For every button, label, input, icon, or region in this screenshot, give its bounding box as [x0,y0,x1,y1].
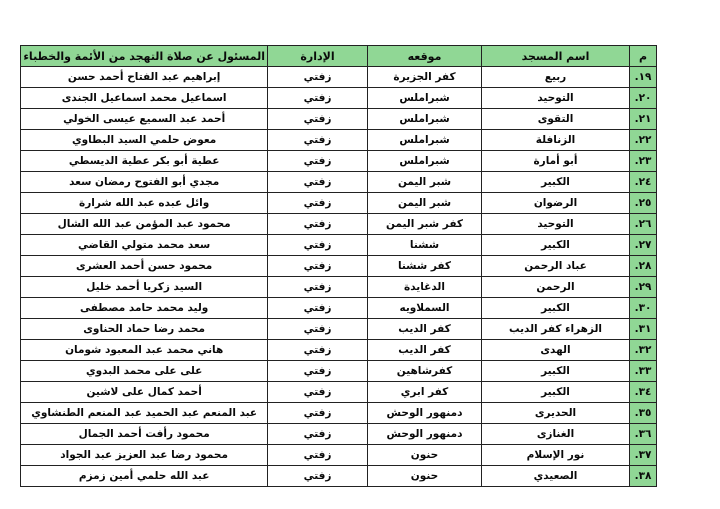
cell-responsible-imam: محمود رأفت أحمد الجمال [21,424,268,445]
cell-administration: زفتي [268,298,368,319]
page: { "table": { "headers": { "num": "م", "m… [0,0,720,509]
table-row: ٢٩.الرحمنالدغايدةزفتيالسيد زكريا أحمد خل… [21,277,657,298]
cell-responsible-imam: وليد محمد حامد مصطفى [21,298,268,319]
cell-responsible-imam: عطية أبو بكر عطية الديسطي [21,151,268,172]
cell-number: ٢٦. [630,214,657,235]
cell-mosque-name: الهدى [482,340,630,361]
cell-number: ٣١. [630,319,657,340]
table-row: ٣٢.الهدىكفر الديبزفتيهاني محمد عبد المعب… [21,340,657,361]
cell-mosque-name: أبو أمارة [482,151,630,172]
cell-mosque-name: الغنازى [482,424,630,445]
header-location: موقعه [368,46,482,67]
cell-mosque-name: التوحيد [482,214,630,235]
document-sheet: م اسم المسجد موقعه الإدارة المسئول عن صل… [20,45,657,487]
cell-location: السملاويه [368,298,482,319]
table-row: ٣٦.الغنازىدمنهور الوحشزفتيمحمود رأفت أحم… [21,424,657,445]
cell-responsible-imam: محمود حسن أحمد العشرى [21,256,268,277]
cell-administration: زفتي [268,340,368,361]
cell-administration: زفتي [268,361,368,382]
cell-location: الدغايدة [368,277,482,298]
cell-number: ٢١. [630,109,657,130]
cell-location: كفر الديب [368,340,482,361]
table-row: ٣٨.الصعيديحنونزفتيعبد الله حلمي أمين زمز… [21,466,657,487]
cell-number: ٢٨. [630,256,657,277]
cell-number: ٣٢. [630,340,657,361]
cell-administration: زفتي [268,382,368,403]
header-mosque-name: اسم المسجد [482,46,630,67]
cell-number: ٢٤. [630,172,657,193]
cell-number: ٢٩. [630,277,657,298]
header-administration: الإدارة [268,46,368,67]
header-responsible-imam: المسئول عن صلاة التهجد من الأئمة والخطبا… [21,46,268,67]
cell-responsible-imam: معوض حلمي السيد البطاوي [21,130,268,151]
cell-mosque-name: عباد الرحمن [482,256,630,277]
cell-location: شبراملس [368,130,482,151]
cell-mosque-name: الرضوان [482,193,630,214]
header-number: م [630,46,657,67]
cell-mosque-name: الرحمن [482,277,630,298]
table-row: ٣٧.نور الإسلامحنونزفتيمحمود رضا عبد العز… [21,445,657,466]
cell-responsible-imam: وائل عبده عبد الله شرارة [21,193,268,214]
cell-administration: زفتي [268,88,368,109]
cell-mosque-name: الكبير [482,361,630,382]
cell-location: دمنهور الوحش [368,403,482,424]
cell-responsible-imam: على على محمد البدوي [21,361,268,382]
cell-mosque-name: الزنافلة [482,130,630,151]
cell-administration: زفتي [268,256,368,277]
cell-administration: زفتي [268,466,368,487]
cell-mosque-name: التقوى [482,109,630,130]
cell-number: ٢٣. [630,151,657,172]
cell-administration: زفتي [268,67,368,88]
cell-responsible-imam: اسماعيل محمد اسماعيل الجندى [21,88,268,109]
cell-responsible-imam: محمد رضا حماد الحناوى [21,319,268,340]
cell-number: ٢٧. [630,235,657,256]
table-body: ١٩.ربيعكفر الجزيرةزفتيإبراهيم عبد الفتاح… [21,67,657,487]
table-row: ٢٦.التوحيدكفر شبر اليمنزفتيمحمود عبد الم… [21,214,657,235]
cell-administration: زفتي [268,151,368,172]
cell-responsible-imam: عبد المنعم عبد الحميد عبد المنعم الطنشاو… [21,403,268,424]
cell-location: كفر شبر اليمن [368,214,482,235]
cell-number: ٣٦. [630,424,657,445]
cell-location: شبراملس [368,109,482,130]
cell-administration: زفتي [268,277,368,298]
cell-location: كفر ششنا [368,256,482,277]
table-row: ٣٣.الكبيركفرشاهينزفتيعلى على محمد البدوي [21,361,657,382]
cell-location: شبراملس [368,151,482,172]
cell-location: حنون [368,445,482,466]
cell-mosque-name: الكبير [482,298,630,319]
cell-location: كفر الديب [368,319,482,340]
cell-mosque-name: الكبير [482,172,630,193]
cell-location: كفرشاهين [368,361,482,382]
cell-number: ٢٥. [630,193,657,214]
cell-responsible-imam: محمود عبد المؤمن عبد الله الشال [21,214,268,235]
cell-mosque-name: نور الإسلام [482,445,630,466]
cell-location: كفر الجزيرة [368,67,482,88]
cell-responsible-imam: إبراهيم عبد الفتاح أحمد حسن [21,67,268,88]
table-row: ٢٢.الزنافلةشبراملسزفتيمعوض حلمي السيد ال… [21,130,657,151]
cell-mosque-name: ربيع [482,67,630,88]
cell-administration: زفتي [268,193,368,214]
cell-number: ٣٥. [630,403,657,424]
cell-number: ٣٨. [630,466,657,487]
cell-number: ٣٤. [630,382,657,403]
cell-administration: زفتي [268,445,368,466]
cell-responsible-imam: السيد زكريا أحمد خليل [21,277,268,298]
cell-mosque-name: الكبير [482,235,630,256]
cell-location: حنون [368,466,482,487]
table-row: ٢٣.أبو أمارةشبراملسزفتيعطية أبو بكر عطية… [21,151,657,172]
cell-responsible-imam: عبد الله حلمي أمين زمزم [21,466,268,487]
table-row: ٣٠.الكبيرالسملاويهزفتيوليد محمد حامد مصط… [21,298,657,319]
cell-responsible-imam: محمود رضا عبد العزيز عبد الجواد [21,445,268,466]
cell-mosque-name: الزهراء كفر الديب [482,319,630,340]
cell-location: ششنا [368,235,482,256]
cell-mosque-name: التوحيد [482,88,630,109]
cell-location: شبر اليمن [368,193,482,214]
cell-mosque-name: الكبير [482,382,630,403]
table-row: ٢٠.التوحيدشبراملسزفتياسماعيل محمد اسماعي… [21,88,657,109]
cell-location: دمنهور الوحش [368,424,482,445]
cell-number: ١٩. [630,67,657,88]
cell-responsible-imam: أحمد كمال على لاشين [21,382,268,403]
cell-location: شبر اليمن [368,172,482,193]
cell-number: ٢٢. [630,130,657,151]
table-row: ١٩.ربيعكفر الجزيرةزفتيإبراهيم عبد الفتاح… [21,67,657,88]
cell-mosque-name: الحديرى [482,403,630,424]
cell-mosque-name: الصعيدي [482,466,630,487]
table-row: ٢٥.الرضوانشبر اليمنزفتيوائل عبده عبد الل… [21,193,657,214]
table-row: ٢٧.الكبيرششنازفتيسعد محمد متولي القاضي [21,235,657,256]
cell-administration: زفتي [268,130,368,151]
cell-administration: زفتي [268,403,368,424]
cell-location: كفر ابري [368,382,482,403]
cell-number: ٣٧. [630,445,657,466]
cell-number: ٣٣. [630,361,657,382]
cell-administration: زفتي [268,109,368,130]
cell-administration: زفتي [268,235,368,256]
table-header-row: م اسم المسجد موقعه الإدارة المسئول عن صل… [21,46,657,67]
cell-number: ٢٠. [630,88,657,109]
cell-responsible-imam: سعد محمد متولي القاضي [21,235,268,256]
table-row: ٣٤.الكبيركفر ابريزفتيأحمد كمال على لاشين [21,382,657,403]
cell-administration: زفتي [268,319,368,340]
table-row: ٢١.التقوىشبراملسزفتيأحمد عبد السميع عيسى… [21,109,657,130]
cell-administration: زفتي [268,214,368,235]
cell-location: شبراملس [368,88,482,109]
cell-administration: زفتي [268,424,368,445]
cell-administration: زفتي [268,172,368,193]
table-row: ٢٤.الكبيرشبر اليمنزفتيمجدي أبو الفتوح رم… [21,172,657,193]
table-row: ٣٥.الحديرىدمنهور الوحشزفتيعبد المنعم عبد… [21,403,657,424]
cell-responsible-imam: هاني محمد عبد المعبود شومان [21,340,268,361]
table-row: ٣١.الزهراء كفر الديبكفر الديبزفتيمحمد رض… [21,319,657,340]
cell-responsible-imam: أحمد عبد السميع عيسى الخولي [21,109,268,130]
mosque-schedule-table: م اسم المسجد موقعه الإدارة المسئول عن صل… [20,45,657,487]
cell-responsible-imam: مجدي أبو الفتوح رمضان سعد [21,172,268,193]
table-row: ٢٨.عباد الرحمنكفر ششنازفتيمحمود حسن أحمد… [21,256,657,277]
cell-number: ٣٠. [630,298,657,319]
